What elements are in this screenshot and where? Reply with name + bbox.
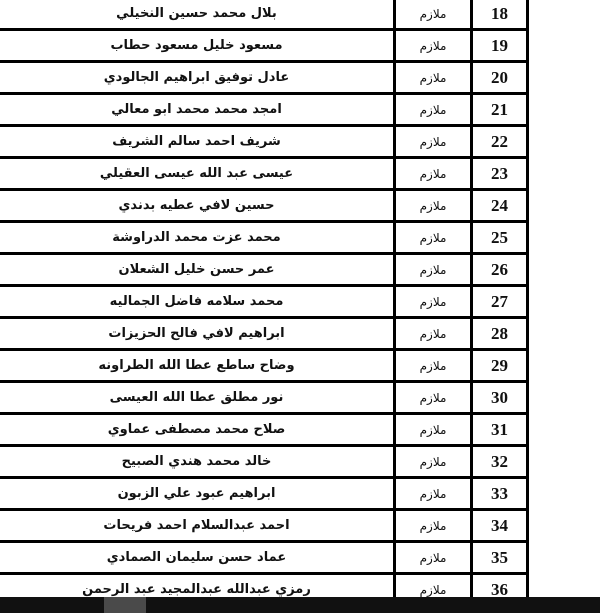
row-number: 24 [472, 190, 528, 222]
name-cell: احمد عبدالسلام احمد فريحات [0, 510, 395, 542]
officers-table: 18ملازمبلال محمد حسين النخيلي19ملازممسعو… [0, 0, 529, 607]
row-number: 31 [472, 414, 528, 446]
table-row: 18ملازمبلال محمد حسين النخيلي [0, 0, 528, 30]
rank-cell: ملازم [395, 0, 472, 30]
name-cell: خالد محمد هندي الصبيح [0, 446, 395, 478]
table-row: 28ملازمابراهيم لافي فالح الحزيزات [0, 318, 528, 350]
row-number: 35 [472, 542, 528, 574]
name-cell: ابراهيم عبود علي الزبون [0, 478, 395, 510]
row-number: 23 [472, 158, 528, 190]
row-number: 26 [472, 254, 528, 286]
name-cell: صلاح محمد مصطفى عماوي [0, 414, 395, 446]
rank-cell: ملازم [395, 62, 472, 94]
rank-cell: ملازم [395, 158, 472, 190]
row-number: 28 [472, 318, 528, 350]
name-cell: مسعود خليل مسعود حطاب [0, 30, 395, 62]
rank-cell: ملازم [395, 382, 472, 414]
row-number: 29 [472, 350, 528, 382]
rank-cell: ملازم [395, 222, 472, 254]
name-cell: عيسى عبد الله عيسى العقيلي [0, 158, 395, 190]
document-page: 18ملازمبلال محمد حسين النخيلي19ملازممسعو… [0, 0, 600, 597]
name-cell: ابراهيم لافي فالح الحزيزات [0, 318, 395, 350]
table-row: 25ملازممحمد عزت محمد الدراوشة [0, 222, 528, 254]
rank-cell: ملازم [395, 350, 472, 382]
name-cell: عادل توفيق ابراهيم الجالودي [0, 62, 395, 94]
table-row: 30ملازمنور مطلق عطا الله العيسى [0, 382, 528, 414]
name-cell: وضاح ساطع عطا الله الطراونه [0, 350, 395, 382]
row-number: 27 [472, 286, 528, 318]
row-number: 19 [472, 30, 528, 62]
row-number: 25 [472, 222, 528, 254]
rank-cell: ملازم [395, 510, 472, 542]
table-row: 34ملازماحمد عبدالسلام احمد فريحات [0, 510, 528, 542]
table-row: 19ملازممسعود خليل مسعود حطاب [0, 30, 528, 62]
table-row: 21ملازمامجد محمد محمد ابو معالي [0, 94, 528, 126]
table-row: 20ملازمعادل توفيق ابراهيم الجالودي [0, 62, 528, 94]
rank-cell: ملازم [395, 478, 472, 510]
name-cell: محمد سلامه فاضل الجماليه [0, 286, 395, 318]
rank-cell: ملازم [395, 94, 472, 126]
row-number: 21 [472, 94, 528, 126]
table-row: 27ملازممحمد سلامه فاضل الجماليه [0, 286, 528, 318]
rank-cell: ملازم [395, 446, 472, 478]
name-cell: امجد محمد محمد ابو معالي [0, 94, 395, 126]
row-number: 18 [472, 0, 528, 30]
rank-cell: ملازم [395, 254, 472, 286]
rank-cell: ملازم [395, 414, 472, 446]
name-cell: بلال محمد حسين النخيلي [0, 0, 395, 30]
name-cell: شريف احمد سالم الشريف [0, 126, 395, 158]
rank-cell: ملازم [395, 542, 472, 574]
name-cell: عماد حسن سليمان الصمادي [0, 542, 395, 574]
name-cell: محمد عزت محمد الدراوشة [0, 222, 395, 254]
table-row: 33ملازمابراهيم عبود علي الزبون [0, 478, 528, 510]
row-number: 22 [472, 126, 528, 158]
table-row: 23ملازمعيسى عبد الله عيسى العقيلي [0, 158, 528, 190]
rank-cell: ملازم [395, 318, 472, 350]
rank-cell: ملازم [395, 126, 472, 158]
rank-cell: ملازم [395, 30, 472, 62]
table-row: 29ملازموضاح ساطع عطا الله الطراونه [0, 350, 528, 382]
rank-cell: ملازم [395, 190, 472, 222]
table-row: 35ملازمعماد حسن سليمان الصمادي [0, 542, 528, 574]
table-row: 24ملازمحسين لافي عطيه بدندي [0, 190, 528, 222]
row-number: 32 [472, 446, 528, 478]
name-cell: عمر حسن خليل الشعلان [0, 254, 395, 286]
rank-cell: ملازم [395, 286, 472, 318]
table-row: 32ملازمخالد محمد هندي الصبيح [0, 446, 528, 478]
row-number: 30 [472, 382, 528, 414]
table-row: 26ملازمعمر حسن خليل الشعلان [0, 254, 528, 286]
row-number: 34 [472, 510, 528, 542]
scrollbar-thumb[interactable] [104, 597, 146, 613]
table-row: 22ملازمشريف احمد سالم الشريف [0, 126, 528, 158]
bottom-scrollbar[interactable] [0, 597, 600, 613]
row-number: 33 [472, 478, 528, 510]
row-number: 20 [472, 62, 528, 94]
name-cell: حسين لافي عطيه بدندي [0, 190, 395, 222]
name-cell: نور مطلق عطا الله العيسى [0, 382, 395, 414]
table-row: 31ملازمصلاح محمد مصطفى عماوي [0, 414, 528, 446]
